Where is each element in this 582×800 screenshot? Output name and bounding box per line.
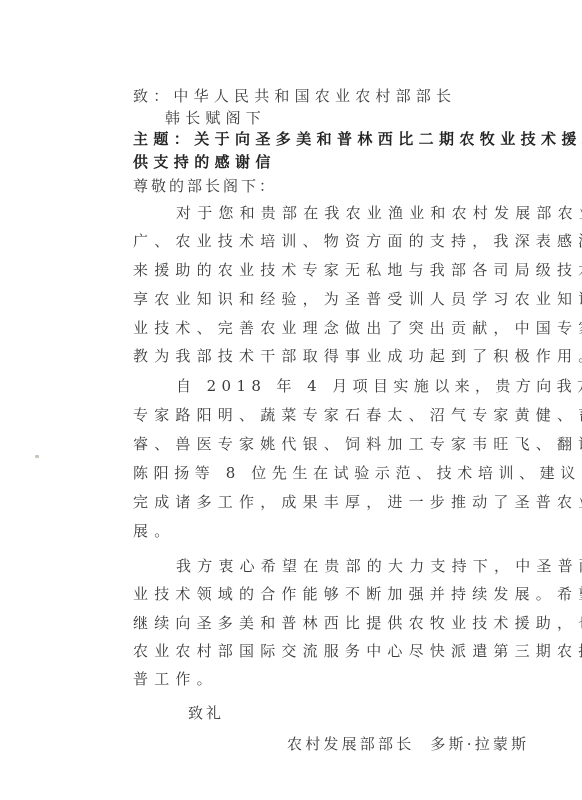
subject-line-2: 供支持的感谢信 — [133, 152, 276, 172]
paragraph-3-line: 业技术领域的合作能够不断加强并持续发展。希望中国政府 — [133, 584, 582, 604]
paragraph-2-line: 陈阳扬等 8 位先生在试验示范、技术培训、建议咨询等方面 — [133, 463, 582, 483]
subject-line-1: 主题：关于向圣多美和普林西比二期农牧业技术援助项目提 — [133, 129, 582, 149]
paragraph-1-line: 教为我部技术干部取得事业成功起到了积极作用。 — [133, 346, 582, 366]
paragraph-1-line: 广、农业技术培训、物资方面的支持，我深表感激。中方前 — [133, 231, 582, 251]
paragraph-1-line: 对于您和贵部在我农业渔业和农村发展部农业技术推 — [176, 203, 582, 223]
paragraph-2-line: 自 2018 年 4 月项目实施以来，贵方向我方派遣的作物 — [176, 376, 582, 396]
salutation: 尊敬的部长阁下： — [133, 176, 277, 196]
paragraph-1-line: 来援助的农业技术专家无私地与我部各司局级技术人员分 — [133, 260, 582, 280]
paragraph-2-line: 睿、兽医专家姚代银、饲料加工专家韦旺飞、翻译谢会东和 — [133, 434, 582, 454]
recipient-line-2: 韩长赋阁下 — [165, 108, 266, 128]
paragraph-1-line: 业技术、完善农业理念做出了突出贡献，中国专家的言传身 — [133, 318, 582, 338]
paragraph-1-line: 享农业知识和经验，为圣普受训人员学习农业知识、提高农 — [133, 289, 582, 309]
recipient-line-1: 致：中华人民共和国农业农村部部长 — [133, 86, 456, 106]
closing: 致礼 — [188, 703, 224, 723]
paragraph-2-line: 完成诸多工作，成果丰厚，进一步推动了圣普农业的快速发 — [133, 492, 582, 512]
paragraph-2-line: 专家路阳明、蔬菜专家石春太、沼气专家黄健、畜牧专家邹 — [133, 405, 582, 425]
paragraph-3-line: 我方衷心希望在贵部的大力支持下，中圣普两国间在农 — [176, 556, 582, 576]
paragraph-2-line: 展。 — [133, 521, 175, 541]
paragraph-3-line: 继续向圣多美和普林西比提供农牧业技术援助，也希望中国 — [133, 613, 582, 633]
scan-speck — [35, 455, 39, 458]
paragraph-3-line: 普工作。 — [133, 669, 218, 689]
signature: 农村发展部部长 多斯·拉蒙斯 — [287, 734, 529, 754]
paragraph-3-line: 农业农村部国际交流服务中心尽快派遣第三期农技组赴圣 — [133, 641, 582, 661]
